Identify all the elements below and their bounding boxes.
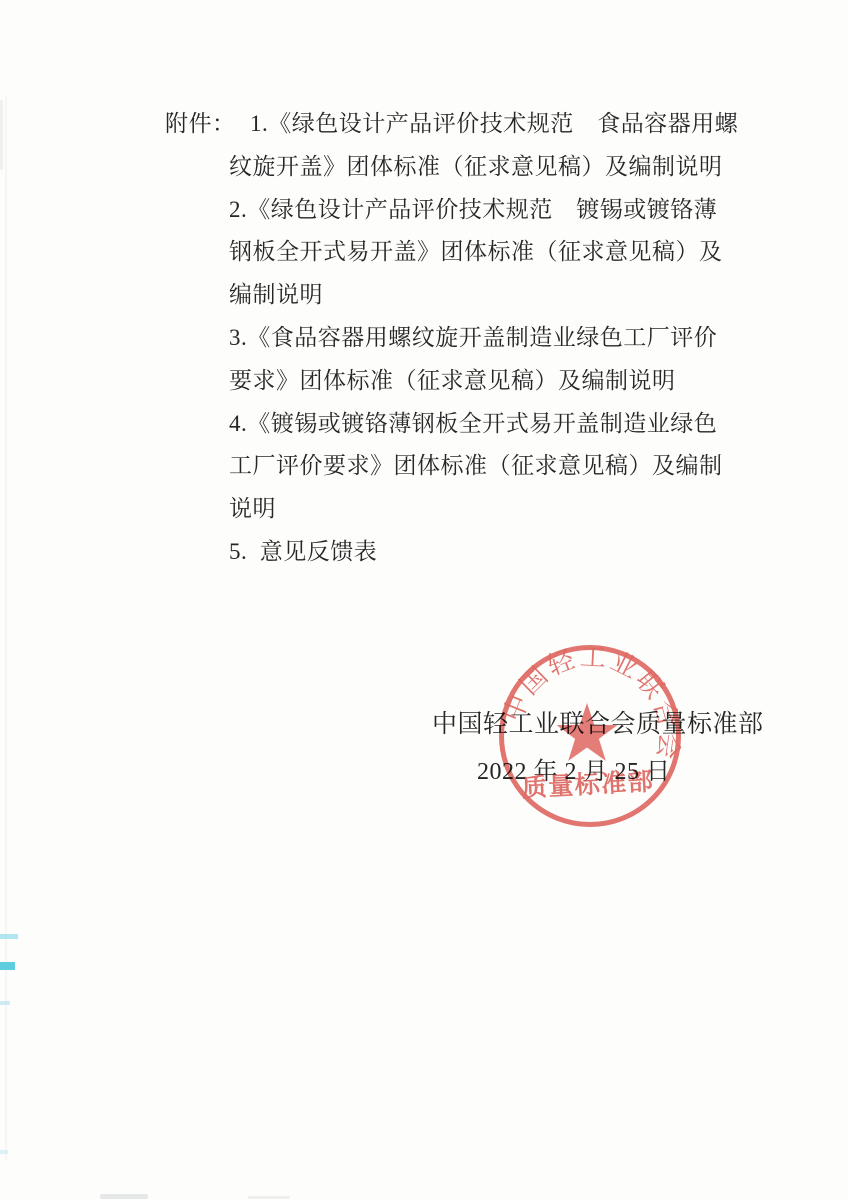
- attachment-line: 2.《绿色设计产品评价技术规范 镀锡或镀铬薄: [165, 189, 765, 232]
- attachment-line: 钢板全开式易开盖》团体标准（征求意见稿）及: [165, 231, 765, 274]
- attachment-lines: 1.《绿色设计产品评价技术规范 食品容器用螺纹旋开盖》团体标准（征求意见稿）及编…: [165, 103, 765, 574]
- attachment-line: 说明: [165, 488, 765, 531]
- attachment-line: 5. 意见反馈表: [165, 531, 765, 574]
- attachment-list: 附件： 1.《绿色设计产品评价技术规范 食品容器用螺纹旋开盖》团体标准（征求意见…: [165, 103, 765, 574]
- attachment-line: 要求》团体标准（征求意见稿）及编制说明: [165, 360, 765, 403]
- scan-artifact: [0, 962, 15, 970]
- scan-artifact: [248, 1196, 290, 1199]
- scan-artifact: [0, 100, 3, 170]
- scan-artifact: [0, 934, 18, 939]
- scan-artifact: [0, 1150, 8, 1154]
- attachment-line: 编制说明: [165, 274, 765, 317]
- attachment-label: 附件：: [165, 103, 236, 146]
- seal-arc-text: 中国轻工业联合会: [498, 642, 684, 763]
- signature-department: 中国轻工业联合会质量标准部: [432, 704, 764, 740]
- signature-date: 2022 年 2 月 25 日: [477, 751, 671, 786]
- attachment-line: 1.《绿色设计产品评价技术规范 食品容器用螺: [165, 103, 765, 146]
- attachment-line: 工厂评价要求》团体标准（征求意见稿）及编制: [165, 445, 765, 488]
- scan-artifact: [100, 1194, 148, 1199]
- scanned-document-page: 附件： 1.《绿色设计产品评价技术规范 食品容器用螺纹旋开盖》团体标准（征求意见…: [0, 0, 848, 1200]
- scan-artifact: [0, 1001, 10, 1005]
- attachment-line: 纹旋开盖》团体标准（征求意见稿）及编制说明: [165, 146, 765, 189]
- attachment-line: 3.《食品容器用螺纹旋开盖制造业绿色工厂评价: [165, 317, 765, 360]
- attachment-line: 4.《镀锡或镀铬薄钢板全开式易开盖制造业绿色: [165, 403, 765, 446]
